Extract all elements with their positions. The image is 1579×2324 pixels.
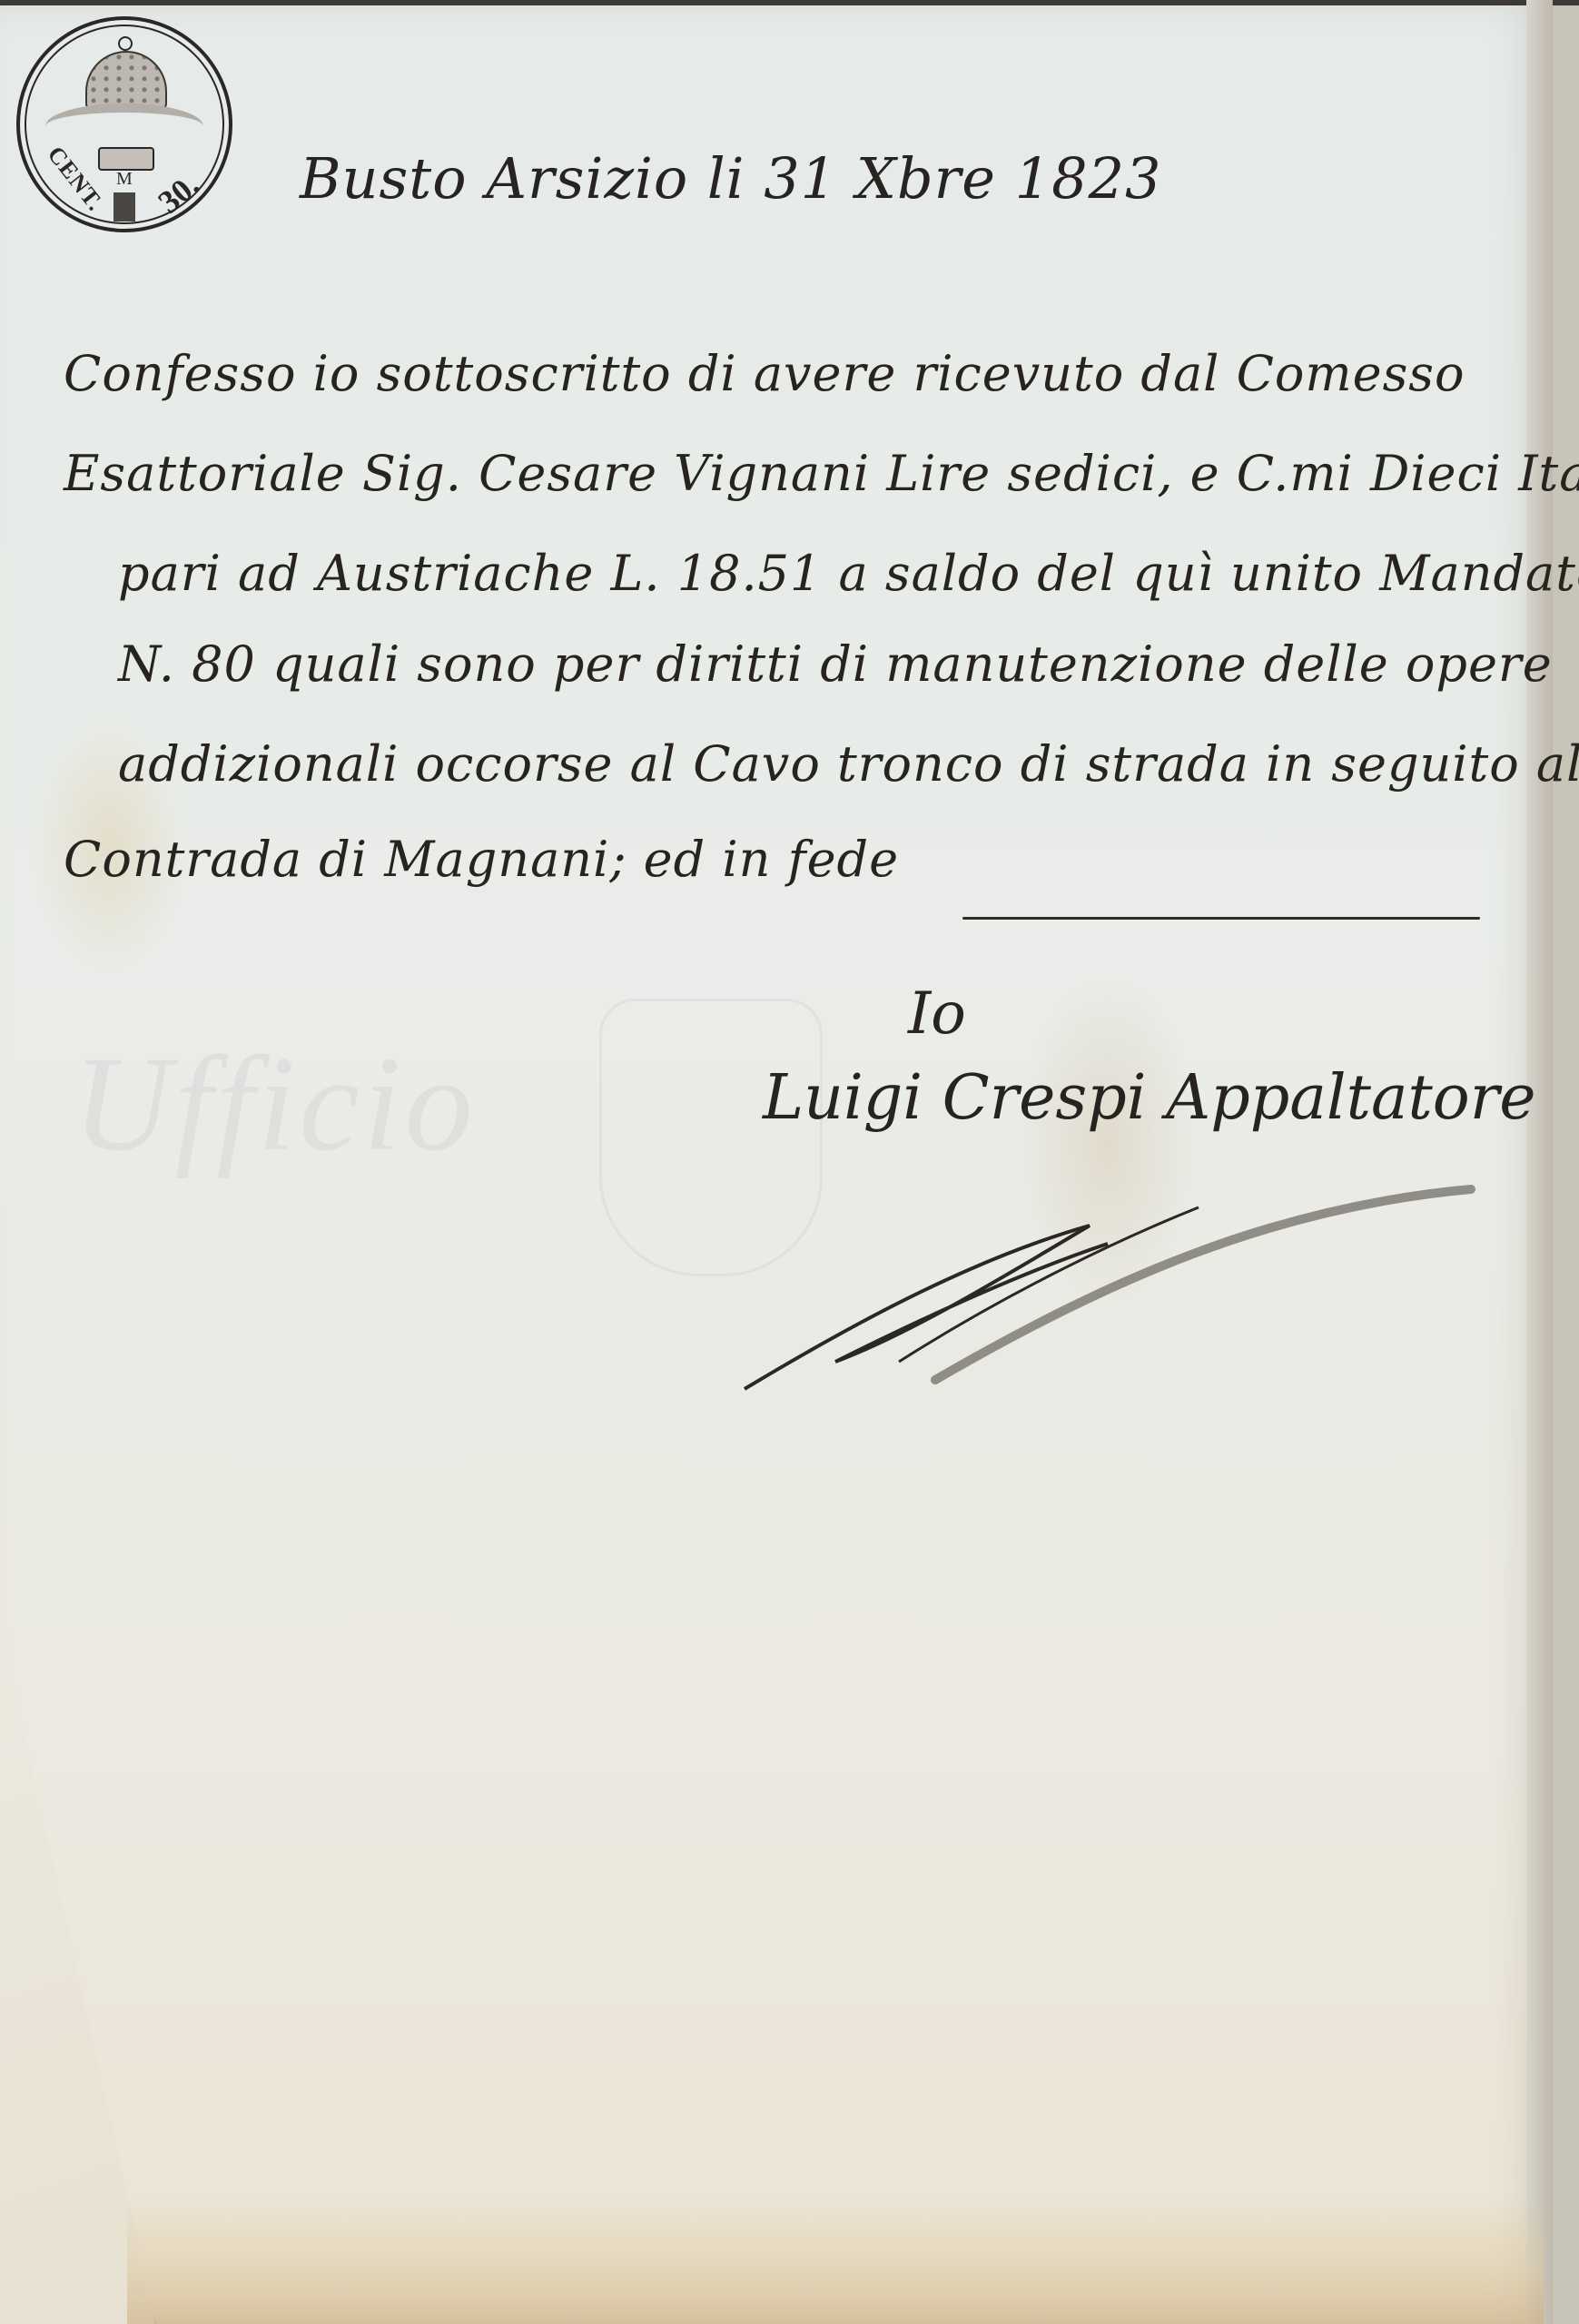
paper-right-edge — [1526, 0, 1553, 2324]
body-line-1: Confesso io sottoscritto di avere ricevu… — [64, 345, 1466, 402]
signature-flourish-icon — [726, 1153, 1525, 1407]
signature-prefix: Io — [908, 980, 966, 1048]
stamp-base-icon — [113, 192, 135, 222]
body-line-6: Contrada di Magnani; ed in fede — [64, 831, 899, 888]
signature: Luigi Crespi Appaltatore — [763, 1062, 1536, 1134]
stamp-letter: M — [116, 169, 133, 190]
water-stain — [127, 2197, 1544, 2324]
closing-line-rule — [962, 917, 1480, 920]
body-line-5: addizionali occorse al Cavo tronco di st… — [118, 735, 1579, 793]
stamp-value: 30. — [151, 165, 206, 221]
tax-stamp: M CENT. 30. — [16, 16, 232, 232]
body-line-2: Esattoriale Sig. Cesare Vignani Lire sed… — [64, 445, 1579, 502]
ribbon-icon — [45, 103, 203, 149]
body-line-4: N. 80 quali sono per diritti di manutenz… — [118, 635, 1553, 693]
paper-watermark: Ufficio — [73, 1026, 477, 1182]
crown-icon — [85, 51, 167, 111]
crown-orb-icon — [118, 36, 133, 51]
scan-top-edge — [0, 0, 1579, 5]
date-line: Busto Arsizio li 31 Xbre 1823 — [300, 145, 1161, 212]
body-line-3: pari ad Austriache L. 18.51 a saldo del … — [118, 545, 1579, 602]
stamp-plate — [98, 147, 154, 171]
document-sheet: Ufficio M CENT. 30. Busto Arsizio li 31 … — [0, 0, 1553, 2324]
